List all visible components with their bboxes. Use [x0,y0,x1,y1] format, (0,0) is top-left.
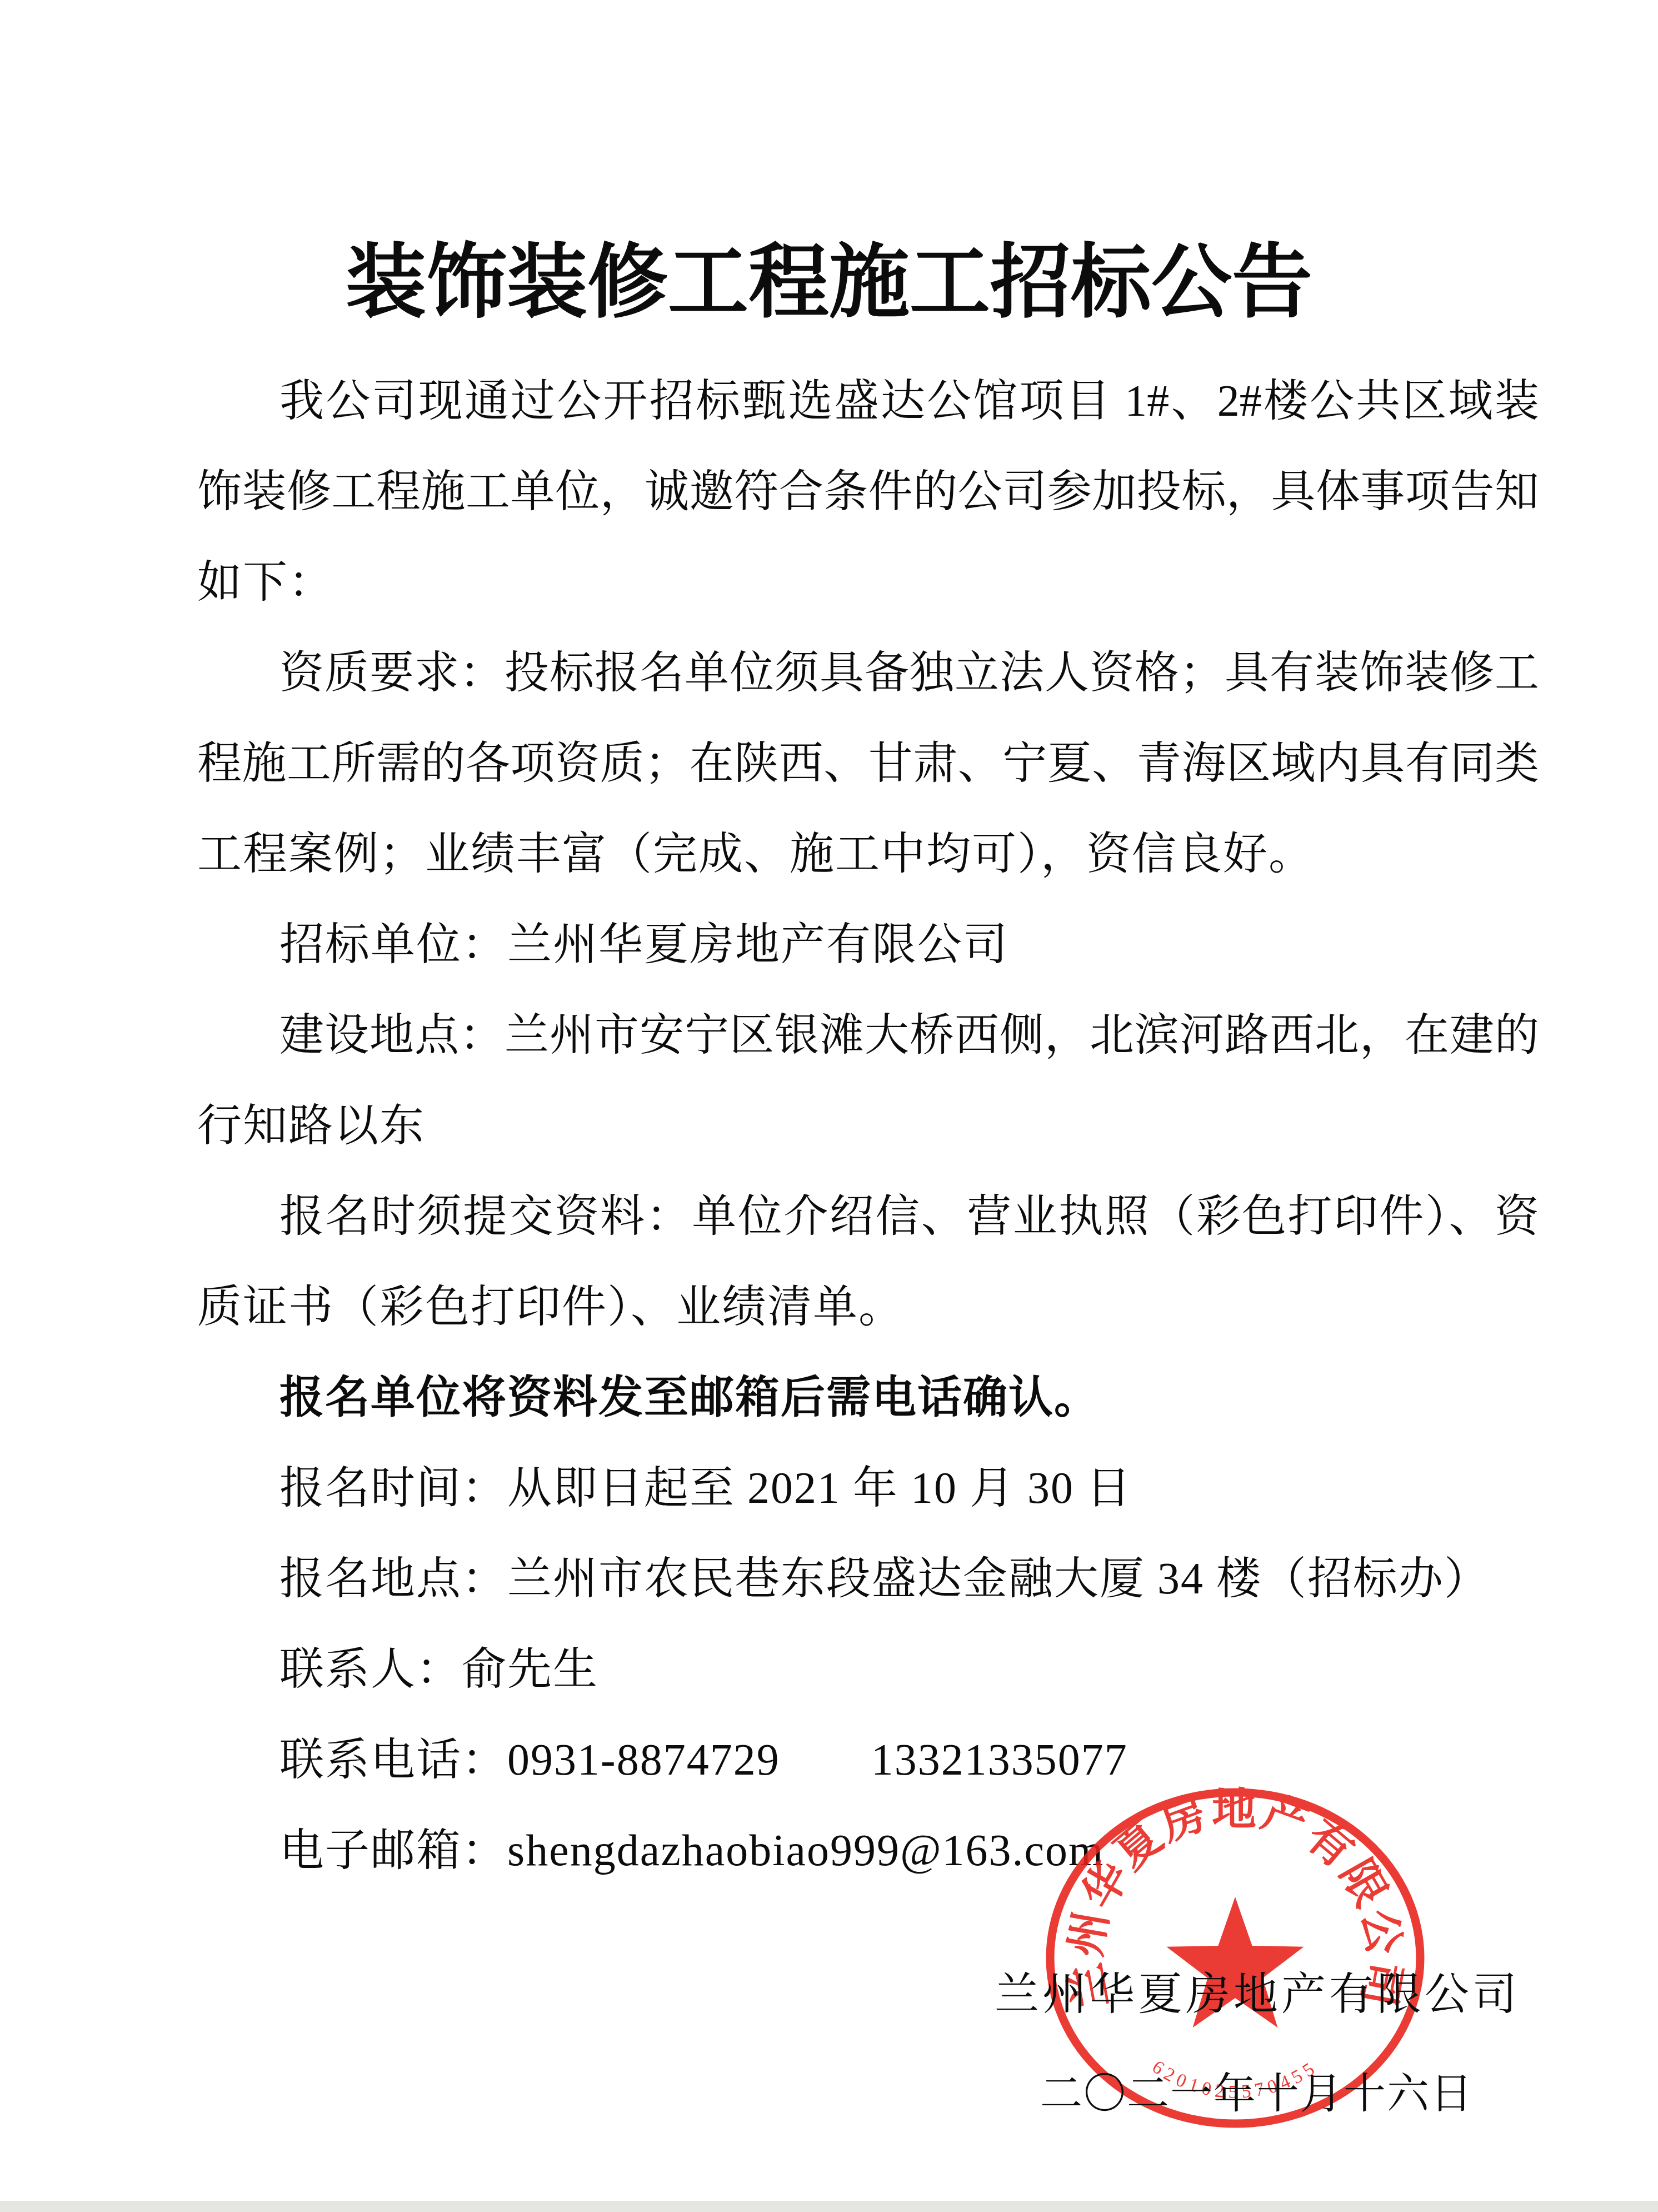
text-line-5: 程施工所需的各项资质；在陕西、甘肃、宁夏、青海区域内具有同类 [197,719,1539,809]
text-line-8: 建设地点：兰州市安宁区银滩大桥西侧，北滨河路西北，在建的 [197,990,1539,1081]
text-line-7: 招标单位：兰州华夏房地产有限公司 [197,900,1539,990]
text-line-14: 报名地点：兰州市农民巷东段盛达金融大厦 34 楼（招标办） [197,1534,1539,1625]
text-line-2: 饰装修工程施工单位，诚邀符合条件的公司参加投标，具体事项告知 [197,447,1539,537]
text-line-6: 工程案例；业绩丰富（完成、施工中均可），资信良好。 [197,809,1539,900]
text-line-13: 报名时间：从即日起至 2021 年 10 月 30 日 [197,1443,1539,1534]
text-line-1: 我公司现通过公开招标甄选盛达公馆项目 1#、2#楼公共区域装 [197,356,1539,447]
text-line-15: 联系人：俞先生 [197,1625,1539,1715]
text-line-3: 如下： [197,537,1539,628]
signature-date: 二〇二一年十月十六日 [1040,2060,1474,2120]
scan-edge-artifact [0,2201,1658,2212]
text-line-4: 资质要求：投标报名单位须具备独立法人资格；具有装饰装修工 [197,628,1539,719]
text-line-12-confirm-notice: 报名单位将资料发至邮箱后需电话确认。 [197,1353,1539,1443]
text-line-11: 质证书（彩色打印件）、业绩清单。 [197,1262,1539,1353]
document-page: 装饰装修工程施工招标公告 我公司现通过公开招标甄选盛达公馆项目 1#、2#楼公共… [0,0,1658,2212]
signature-company: 兰州华夏房地产有限公司 [995,1958,1520,2022]
text-line-10: 报名时须提交资料：单位介绍信、营业执照（彩色打印件）、资 [197,1172,1539,1262]
text-line-9: 行知路以东 [197,1081,1539,1172]
body-text: 我公司现通过公开招标甄选盛达公馆项目 1#、2#楼公共区域装 饰装修工程施工单位… [197,356,1539,1896]
page-title: 装饰装修工程施工招标公告 [0,218,1658,333]
